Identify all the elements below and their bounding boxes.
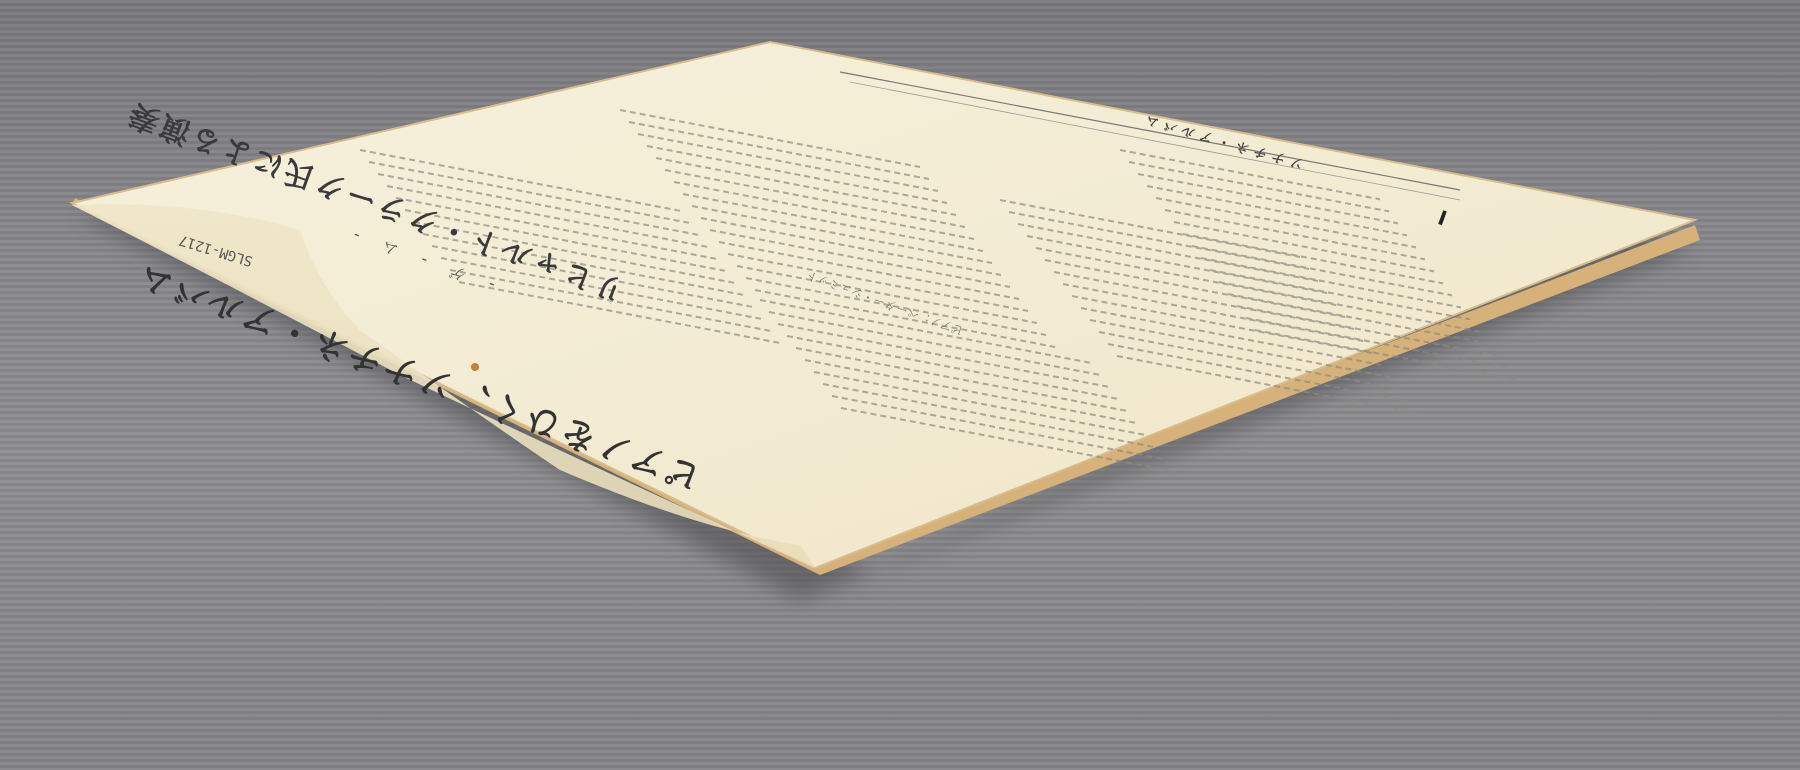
photo-scene: ピアノをひく、ソナチネ・アルバム リヒャルト・クラーク氏による演奏 SLGM-1… xyxy=(0,0,1800,770)
record-jacket xyxy=(0,0,1800,770)
